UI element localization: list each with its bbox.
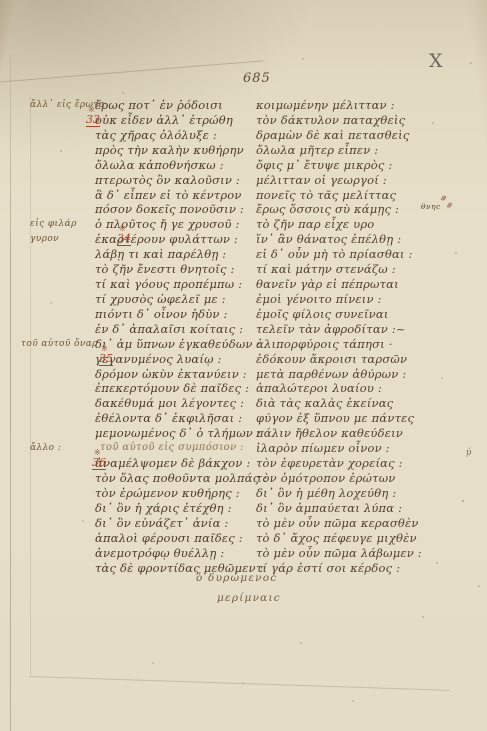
verse-right: δι᾽ ὃν ἡ μέθη λοχεύθη : <box>256 487 396 500</box>
verse-right: τελεῖν τὰν ἀφροδίταν :~ <box>256 323 406 336</box>
verse-right: δι᾽ ὃν ἀμπαύεται λύπα : <box>256 502 402 515</box>
verse-left: ἀναμέλψομεν δὲ βάκχον : <box>95 457 250 470</box>
verse-left: πτερωτὸς ὃν καλοῦσιν : <box>95 174 240 187</box>
verse-right: ἵν᾽ ἂν θάνατος ἐπέλθῃ : <box>256 233 401 246</box>
rubric-ornament-icon: ※ <box>88 105 95 114</box>
verse-left: ἀνεμοτρόφῳ θυέλλῃ : <box>95 547 224 560</box>
verse-right: ἐδόκουν ἄκροισι ταρσῶν <box>256 353 407 366</box>
margin-heading: ἄλλο : <box>30 443 61 454</box>
verse-left: ἔρως ποτ᾽ ἐν ῥόδοισι <box>95 99 223 112</box>
parchment-speckles <box>0 0 2 2</box>
poem-number-rubric: 33 <box>86 114 100 127</box>
abbreviation-flourish: ύ <box>466 448 471 458</box>
verse-left: ἁπαλοὶ φέρουσι παῖδες : <box>95 532 243 545</box>
added-verse-line-2: μερίμναιc <box>217 592 281 604</box>
verse-right: ὄλωλα μῆτερ εἶπεν : <box>256 144 378 157</box>
verse-right: ἱλαρὸν πίωμεν οἶνον : <box>256 442 390 455</box>
verse-left: τί καὶ γόους προπέμπω : <box>95 278 242 291</box>
verse-left: πόσον δοκεῖς πονοῦσιν : <box>95 203 244 216</box>
verse-left: γεγανυμένος λυαίῳ : <box>95 353 222 366</box>
verse-right: κοιμωμένην μέλιτταν : <box>256 99 395 112</box>
added-verse-line-1: ὀ δυρώμενοc <box>196 572 277 584</box>
verse-right: πάλιν ἤθελον καθεύδειν <box>256 427 403 440</box>
quire-mark: X <box>429 50 444 72</box>
verse-right: μέλιτταν οἱ γεωργοί : <box>256 174 387 187</box>
verse-right: μετὰ παρθένων ἀθύρων : <box>256 368 406 381</box>
rubric-ornament-icon: ※ <box>119 224 126 233</box>
verse-left: δι᾽ ὃν ἡ χάρις ἐτέχθη : <box>95 502 232 515</box>
verse-right: πονεῖς τὸ τᾶς μελίττας <box>256 189 396 202</box>
verse-right: δραμὼν δὲ καὶ πετασθεὶς <box>256 129 410 142</box>
margin-heading: γυρον <box>30 234 59 245</box>
verse-left: λάβῃ τι καὶ παρέλθῃ : <box>95 248 226 261</box>
verse-right: ἔρως ὅσσοις σὺ κάμῃς : <box>256 203 399 216</box>
poem-heading-symposion: τοῦ αὐτοῦ εἰς συμπόσιον : <box>100 442 244 454</box>
verse-right: ὄφις μ᾽ ἔτυψε μικρὸς : <box>256 159 392 172</box>
verse-left: τὰς χῆρας ὀλόλυξε : <box>95 129 217 142</box>
folio-number: 685 <box>243 71 271 86</box>
verse-right: τὸν ὁμότροπον ἐρώτων <box>256 472 395 485</box>
verse-right: ἐμοῖς φίλοις συνεῖναι <box>256 308 389 321</box>
poem-number-rubric: 36 <box>92 457 106 470</box>
verse-left: ὁ πλοῦτος ἤ γε χρυσοῦ : <box>95 218 240 231</box>
verse-right: ἐμοὶ γένοιτο πίνειν : <box>256 293 382 306</box>
verse-left: πρὸς τὴν καλὴν κυθήρην <box>95 144 244 157</box>
rubric-ornament-icon: ※ <box>101 344 108 353</box>
verse-left: ἐθέλοντα δ᾽ ἐκφιλῆσαι : <box>95 412 242 425</box>
verse-right: τὸν δάκτυλον παταχθεὶς <box>256 114 405 127</box>
poem-number-rubric: 35 <box>99 353 113 366</box>
marginal-correction-thnes: θνηϲ <box>421 202 441 211</box>
verse-left: δι᾽ ὃν εὐνάζετ᾽ ἀνία : <box>95 517 228 530</box>
ruling-frame-left <box>30 96 31 676</box>
verse-left: ἃ δ᾽ εἶπεν εἰ τὸ κέντρον <box>95 189 242 202</box>
verse-right: φύγον ἐξ ὕπνου με πάντες <box>256 412 414 425</box>
verse-left: τὸν ἐρώμενον κυθήρης : <box>95 487 240 500</box>
verse-right: τί καὶ μάτην στενάζω : <box>256 263 396 276</box>
verse-left: τὸν ὅλας ποθοῦντα μολπάς : <box>95 472 267 485</box>
margin-heading: τοῦ αὐτοῦ ὄναρ <box>21 339 98 350</box>
verse-left: πιόντι δ᾽ οἶνον ἡδὺν : <box>95 308 228 321</box>
verse-left: τί χρυσὸς ὠφελεῖ με : <box>95 293 226 306</box>
verse-left: ἐν δ᾽ ἁπαλαῖσι κοίταις : <box>95 323 243 336</box>
verse-right: τὸ δ᾽ ἄχος πέφευγε μιχθὲν <box>256 532 417 545</box>
verse-left: μεμονωμένος δ᾽ ὁ τλήμων : <box>95 427 261 440</box>
verse-left: ὄλωλα κἀποθνήσκω : <box>95 159 224 172</box>
manuscript-page-photo: X 685 ἔρως ποτ᾽ ἐν ῥόδοισικοιμωμένην μέλ… <box>0 0 487 731</box>
verse-right: ἁπαλώτεροι λυαίου : <box>256 382 382 395</box>
poem-number-rubric: 34 <box>117 233 131 246</box>
verse-left: δακέθυμά μοι λέγοντες : <box>95 397 244 410</box>
verse-left: δρόμον ὠκὺν ἐκτανύειν : <box>95 368 247 381</box>
verse-right: ἁλιπορφύροις τάπησι · <box>256 338 393 351</box>
verse-left: τὸ ζῆν ἔνεστι θνητοῖς : <box>95 263 235 276</box>
verse-right: διὰ τὰς καλὰς ἐκείνας <box>256 397 393 410</box>
verse-right: τί γάρ ἐστί σοι κέρδος : <box>256 562 400 575</box>
verse-right: τὸ ζῆν παρ εἶχε υρο <box>256 218 374 231</box>
verse-left: δι᾽ ἀμ ὕπνων ἐγκαθεύδων : <box>95 338 261 351</box>
verse-left: ἐπεκερτόμουν δὲ παῖδες : <box>95 382 249 395</box>
verse-right: θανεῖν γὰρ εἰ πέπρωται <box>256 278 399 291</box>
verse-right: τὸ μὲν οὖν πῶμα κερασθὲν <box>256 517 419 530</box>
page-left-edge <box>10 55 11 731</box>
verse-right: εἰ δ᾽ οὖν μὴ τὸ πρίασθαι : <box>256 248 413 261</box>
verse-right: τὸ μὲν οὖν πῶμα λάβωμεν : <box>256 547 422 560</box>
margin-heading: εἰς φιλάρ <box>30 219 77 230</box>
verse-left: οὐκ εἶδεν ἀλλ᾽ ἐτρώθη <box>95 114 233 127</box>
verse-right: τὸν ἐφευρετὰν χορείας : <box>256 457 403 470</box>
